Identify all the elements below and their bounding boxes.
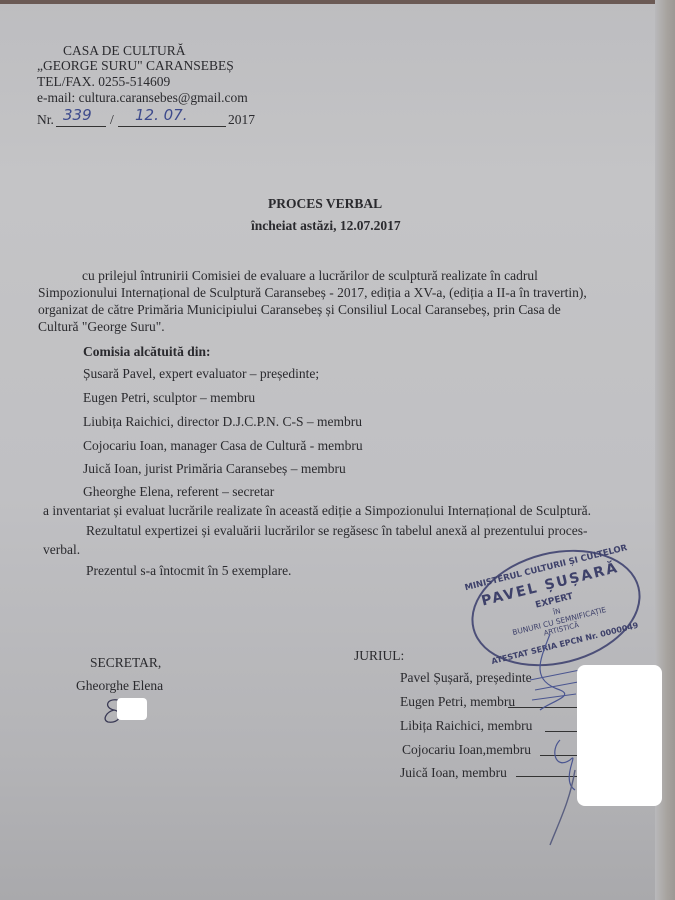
registration-number-value: 339 xyxy=(63,107,92,123)
nr-separator: / xyxy=(110,112,114,128)
result-statement-line2: verbal. xyxy=(43,542,80,558)
intro-line-4: Cultură "George Suru". xyxy=(38,319,165,335)
institution-name-line2: „GEORGE SURU" CARANSEBEȘ xyxy=(37,58,234,74)
intro-line-1: cu prilejul întrunirii Comisiei de evalu… xyxy=(82,268,538,284)
redacted-signature-secretary xyxy=(117,698,147,720)
registration-number-label: Nr. xyxy=(37,112,54,128)
institution-email: e-mail: cultura.caransebes@gmail.com xyxy=(37,90,248,106)
commission-member-2: Eugen Petri, sculptor – membru xyxy=(83,390,255,406)
date-underline xyxy=(118,126,226,127)
secretary-label: SECRETAR, xyxy=(90,655,161,671)
redacted-signature-jury xyxy=(577,665,662,806)
secretary-name: Gheorghe Elena xyxy=(76,678,163,694)
jury-member-3: Libița Raichici, membru xyxy=(400,718,532,734)
intro-line-2: Simpozionului Internațional de Sculptură… xyxy=(38,285,587,301)
intro-line-3: organizat de către Primăria Municipiului… xyxy=(38,302,561,318)
jury-label: JURIUL: xyxy=(354,648,404,664)
commission-member-3: Liubița Raichici, director D.J.C.P.N. C-… xyxy=(83,414,362,430)
commission-member-1: Șusară Pavel, expert evaluator – președi… xyxy=(83,366,319,382)
jury-member-2: Eugen Petri, membru xyxy=(400,694,515,710)
nr-underline xyxy=(56,126,106,127)
jury-member-4: Cojocariu Ioan,membru xyxy=(402,742,531,758)
institution-name-line1: CASA DE CULTURĂ xyxy=(63,43,186,59)
registration-year: 2017 xyxy=(228,112,255,128)
commission-member-6: Gheorghe Elena, referent – secretar xyxy=(83,484,274,500)
inventory-statement: a inventariat și evaluat lucrările reali… xyxy=(43,503,591,519)
jury-member-5: Juică Ioan, membru xyxy=(400,765,507,781)
document-subtitle: încheiat astăzi, 12.07.2017 xyxy=(251,218,401,234)
document-page: CASA DE CULTURĂ „GEORGE SURU" CARANSEBEȘ… xyxy=(0,0,655,900)
jury-member-1: Pavel Șușară, președinte xyxy=(400,670,532,686)
commission-member-4: Cojocariu Ioan, manager Casa de Cultură … xyxy=(83,438,363,454)
document-title: PROCES VERBAL xyxy=(268,196,382,212)
copies-statement: Prezentul s-a întocmit în 5 exemplare. xyxy=(86,563,291,579)
commission-member-5: Juică Ioan, jurist Primăria Caransebeș –… xyxy=(83,461,346,477)
result-statement-line1: Rezultatul expertizei și evaluării lucră… xyxy=(86,523,588,539)
commission-heading: Comisia alcătuită din: xyxy=(83,344,211,360)
registration-date-value: 12. 07. xyxy=(135,107,187,123)
institution-phone: TEL/FAX. 0255-514609 xyxy=(37,74,170,90)
